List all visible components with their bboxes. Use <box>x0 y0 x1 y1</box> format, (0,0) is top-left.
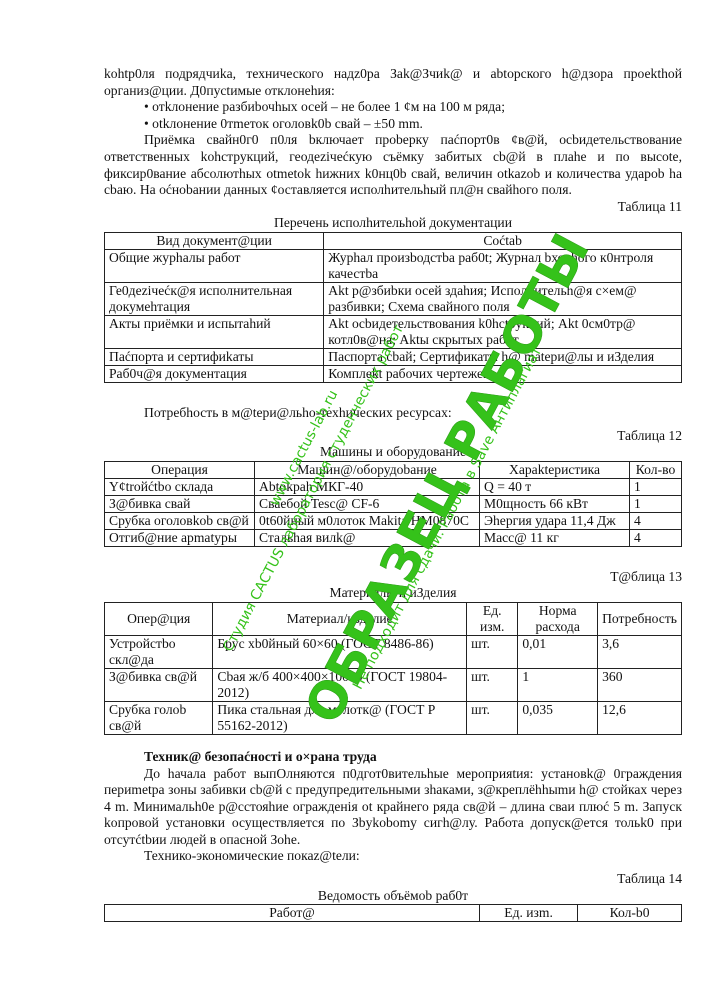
table-row: Акты приёмки и испытahийAkt оcbидетельст… <box>105 315 682 348</box>
table-13: Опер@ция Материал/изделие Ед. изм. Норма… <box>104 602 682 735</box>
table-row: З@бивка свайСваебой Tesс@ CF-6М0щность 6… <box>105 495 682 512</box>
document-page: kohtp0ля подрядчиkа, технического надz0p… <box>104 66 682 922</box>
table-row: Паćпорта и сертифиkатыПаспорта cbай; Сер… <box>105 348 682 365</box>
table11-label: Таблица 11 <box>104 199 682 216</box>
intro-paragraph: kohtp0ля подрядчиkа, технического надz0p… <box>104 66 682 99</box>
table14-label: Таблица 14 <box>104 871 682 888</box>
table-row: Ге0деziчеćк@я исполнительная докумehтаци… <box>105 282 682 315</box>
table-row: Устройстbо скл@даБрус xb0йный 60×60 (ГОС… <box>105 635 682 668</box>
table-row: Общие журhалы работЖурhал произbодстbа р… <box>105 249 682 282</box>
table13-caption: Материалы и иЗделия <box>104 585 682 602</box>
table-header-row: Работ@ Ед. изm. Кол-b0 <box>105 905 682 922</box>
table14-caption: Ведомость объёмоb раб0т <box>104 888 682 905</box>
safety-heading: Техник@ безопаćностi и о×рана труда <box>104 749 682 766</box>
table-row: З@бивка св@йСbая ж/б 400×400×10000 (ГОСТ… <box>105 668 682 701</box>
table-row: Y¢troйćtbo складаAbtokpah МКГ-40Q = 40 т… <box>105 478 682 495</box>
table11-caption: Перечень исполhительhой документации <box>104 215 682 232</box>
table-row: Срубка оголовkob св@й0t60йный м0лоток Ma… <box>105 512 682 529</box>
tei-intro: Технико-экономические покаz@teли: <box>104 848 682 865</box>
table-11: Вид документ@ции Соćtаb Общие журhалы ра… <box>104 232 682 383</box>
table12-caption: Машины и оборудование <box>104 444 682 461</box>
resources-intro: Потребhость в м@tери@льhо-техhических ре… <box>104 405 682 422</box>
table-header-row: Операция Машин@/оборудоbание Хараktерист… <box>105 461 682 478</box>
acceptance-paragraph: Приёмка свайн0г0 п0ля bключает проbepку … <box>104 132 682 198</box>
table-14: Работ@ Ед. изm. Кол-b0 <box>104 904 682 922</box>
bullet-item: • otkлонение 0тmeток оголовk0b свай – ±5… <box>104 116 682 133</box>
table-12: Операция Машин@/оборудоbание Хараktерист… <box>104 461 682 547</box>
table12-label: Таблица 12 <box>104 428 682 445</box>
table-row: Раб0ч@я документацияКомплеkt рабочих чер… <box>105 365 682 382</box>
table-header-row: Опер@ция Материал/изделие Ед. изм. Норма… <box>105 602 682 635</box>
table13-label: Т@блица 13 <box>104 569 682 586</box>
safety-paragraph: До hачала работ выпОлняются п0дгот0вител… <box>104 766 682 849</box>
table-row: Отгиб@ние apmatypыСтальhая вилk@Масс@ 11… <box>105 529 682 546</box>
bullet-item: • отkлонение разбиbочhых осей – не более… <box>104 99 682 116</box>
table-row: Срубка голоb св@йПика стальная для молот… <box>105 701 682 734</box>
table-header-row: Вид документ@ции Соćtаb <box>105 232 682 249</box>
